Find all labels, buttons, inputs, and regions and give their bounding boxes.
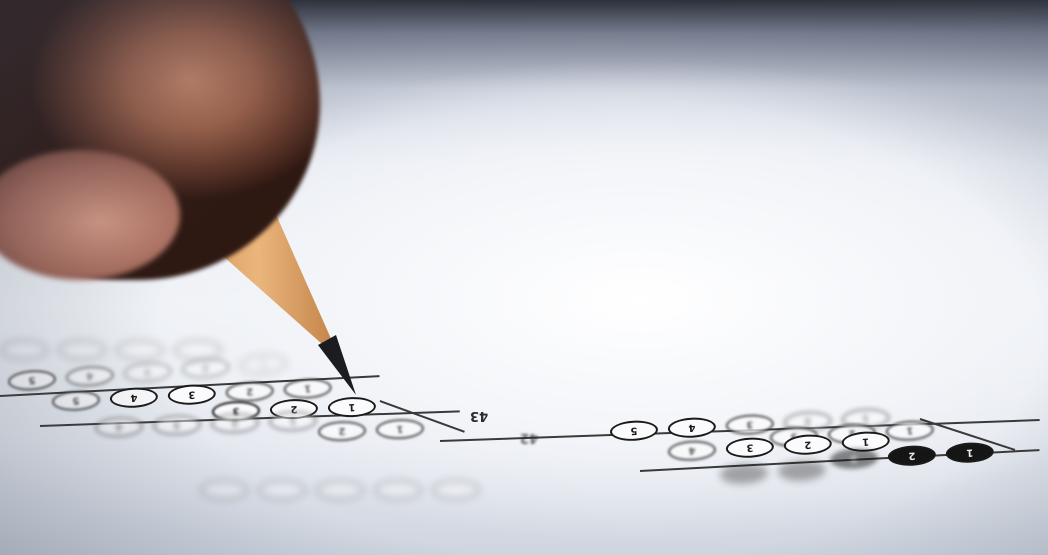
photo-scene: 43 42 5 4 3 2 1 5 4 3 2 1 3 2 1 4 3 2 1 <box>0 0 1048 555</box>
